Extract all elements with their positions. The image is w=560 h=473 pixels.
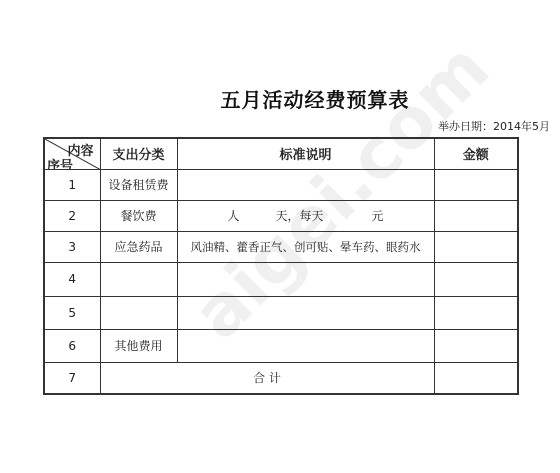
- row-amount[interactable]: [434, 200, 518, 231]
- row-category[interactable]: 应急药品: [100, 231, 177, 262]
- row-description[interactable]: 人 天，每天 元: [177, 200, 434, 231]
- row-amount[interactable]: [434, 296, 518, 329]
- header-row: 内容 序号 支出分类 标准说明 金额: [44, 138, 518, 169]
- row-number: 4: [44, 262, 100, 296]
- row-amount[interactable]: [434, 231, 518, 262]
- table-row: 3 应急药品 风油精、藿香正气、创可贴、晕车药、眼药水: [44, 231, 518, 262]
- total-label: 合 计: [100, 362, 434, 394]
- table-row: 6 其他费用: [44, 329, 518, 362]
- table-row: 4: [44, 262, 518, 296]
- table-row: 1 设备租赁费: [44, 169, 518, 200]
- row-amount[interactable]: [434, 262, 518, 296]
- header-description: 标准说明: [177, 138, 434, 169]
- row-description[interactable]: [177, 169, 434, 200]
- row-number: 7: [44, 362, 100, 394]
- row-number: 3: [44, 231, 100, 262]
- row-category[interactable]: 设备租赁费: [100, 169, 177, 200]
- row-description[interactable]: [177, 329, 434, 362]
- row-category[interactable]: [100, 262, 177, 296]
- header-category: 支出分类: [100, 138, 177, 169]
- header-amount: 金额: [434, 138, 518, 169]
- row-number: 2: [44, 200, 100, 231]
- event-date: 举办日期：2014年5月: [438, 118, 550, 134]
- row-number: 6: [44, 329, 100, 362]
- table-row: 5: [44, 296, 518, 329]
- total-amount[interactable]: [434, 362, 518, 394]
- row-description[interactable]: [177, 262, 434, 296]
- header-serial: 序号: [47, 155, 73, 170]
- budget-table: 内容 序号 支出分类 标准说明 金额 1 设备租赁费 2 餐饮费 人 天，每天 …: [43, 137, 519, 395]
- diagonal-header-cell: 内容 序号: [44, 138, 100, 169]
- table-row: 2 餐饮费 人 天，每天 元: [44, 200, 518, 231]
- row-amount[interactable]: [434, 169, 518, 200]
- total-row: 7 合 计: [44, 362, 518, 394]
- row-number: 1: [44, 169, 100, 200]
- row-category[interactable]: [100, 296, 177, 329]
- row-description[interactable]: 风油精、藿香正气、创可贴、晕车药、眼药水: [177, 231, 434, 262]
- row-number: 5: [44, 296, 100, 329]
- document-title: 五月活动经费预算表: [0, 84, 560, 113]
- row-amount[interactable]: [434, 329, 518, 362]
- row-category[interactable]: 餐饮费: [100, 200, 177, 231]
- row-category[interactable]: 其他费用: [100, 329, 177, 362]
- row-description[interactable]: [177, 296, 434, 329]
